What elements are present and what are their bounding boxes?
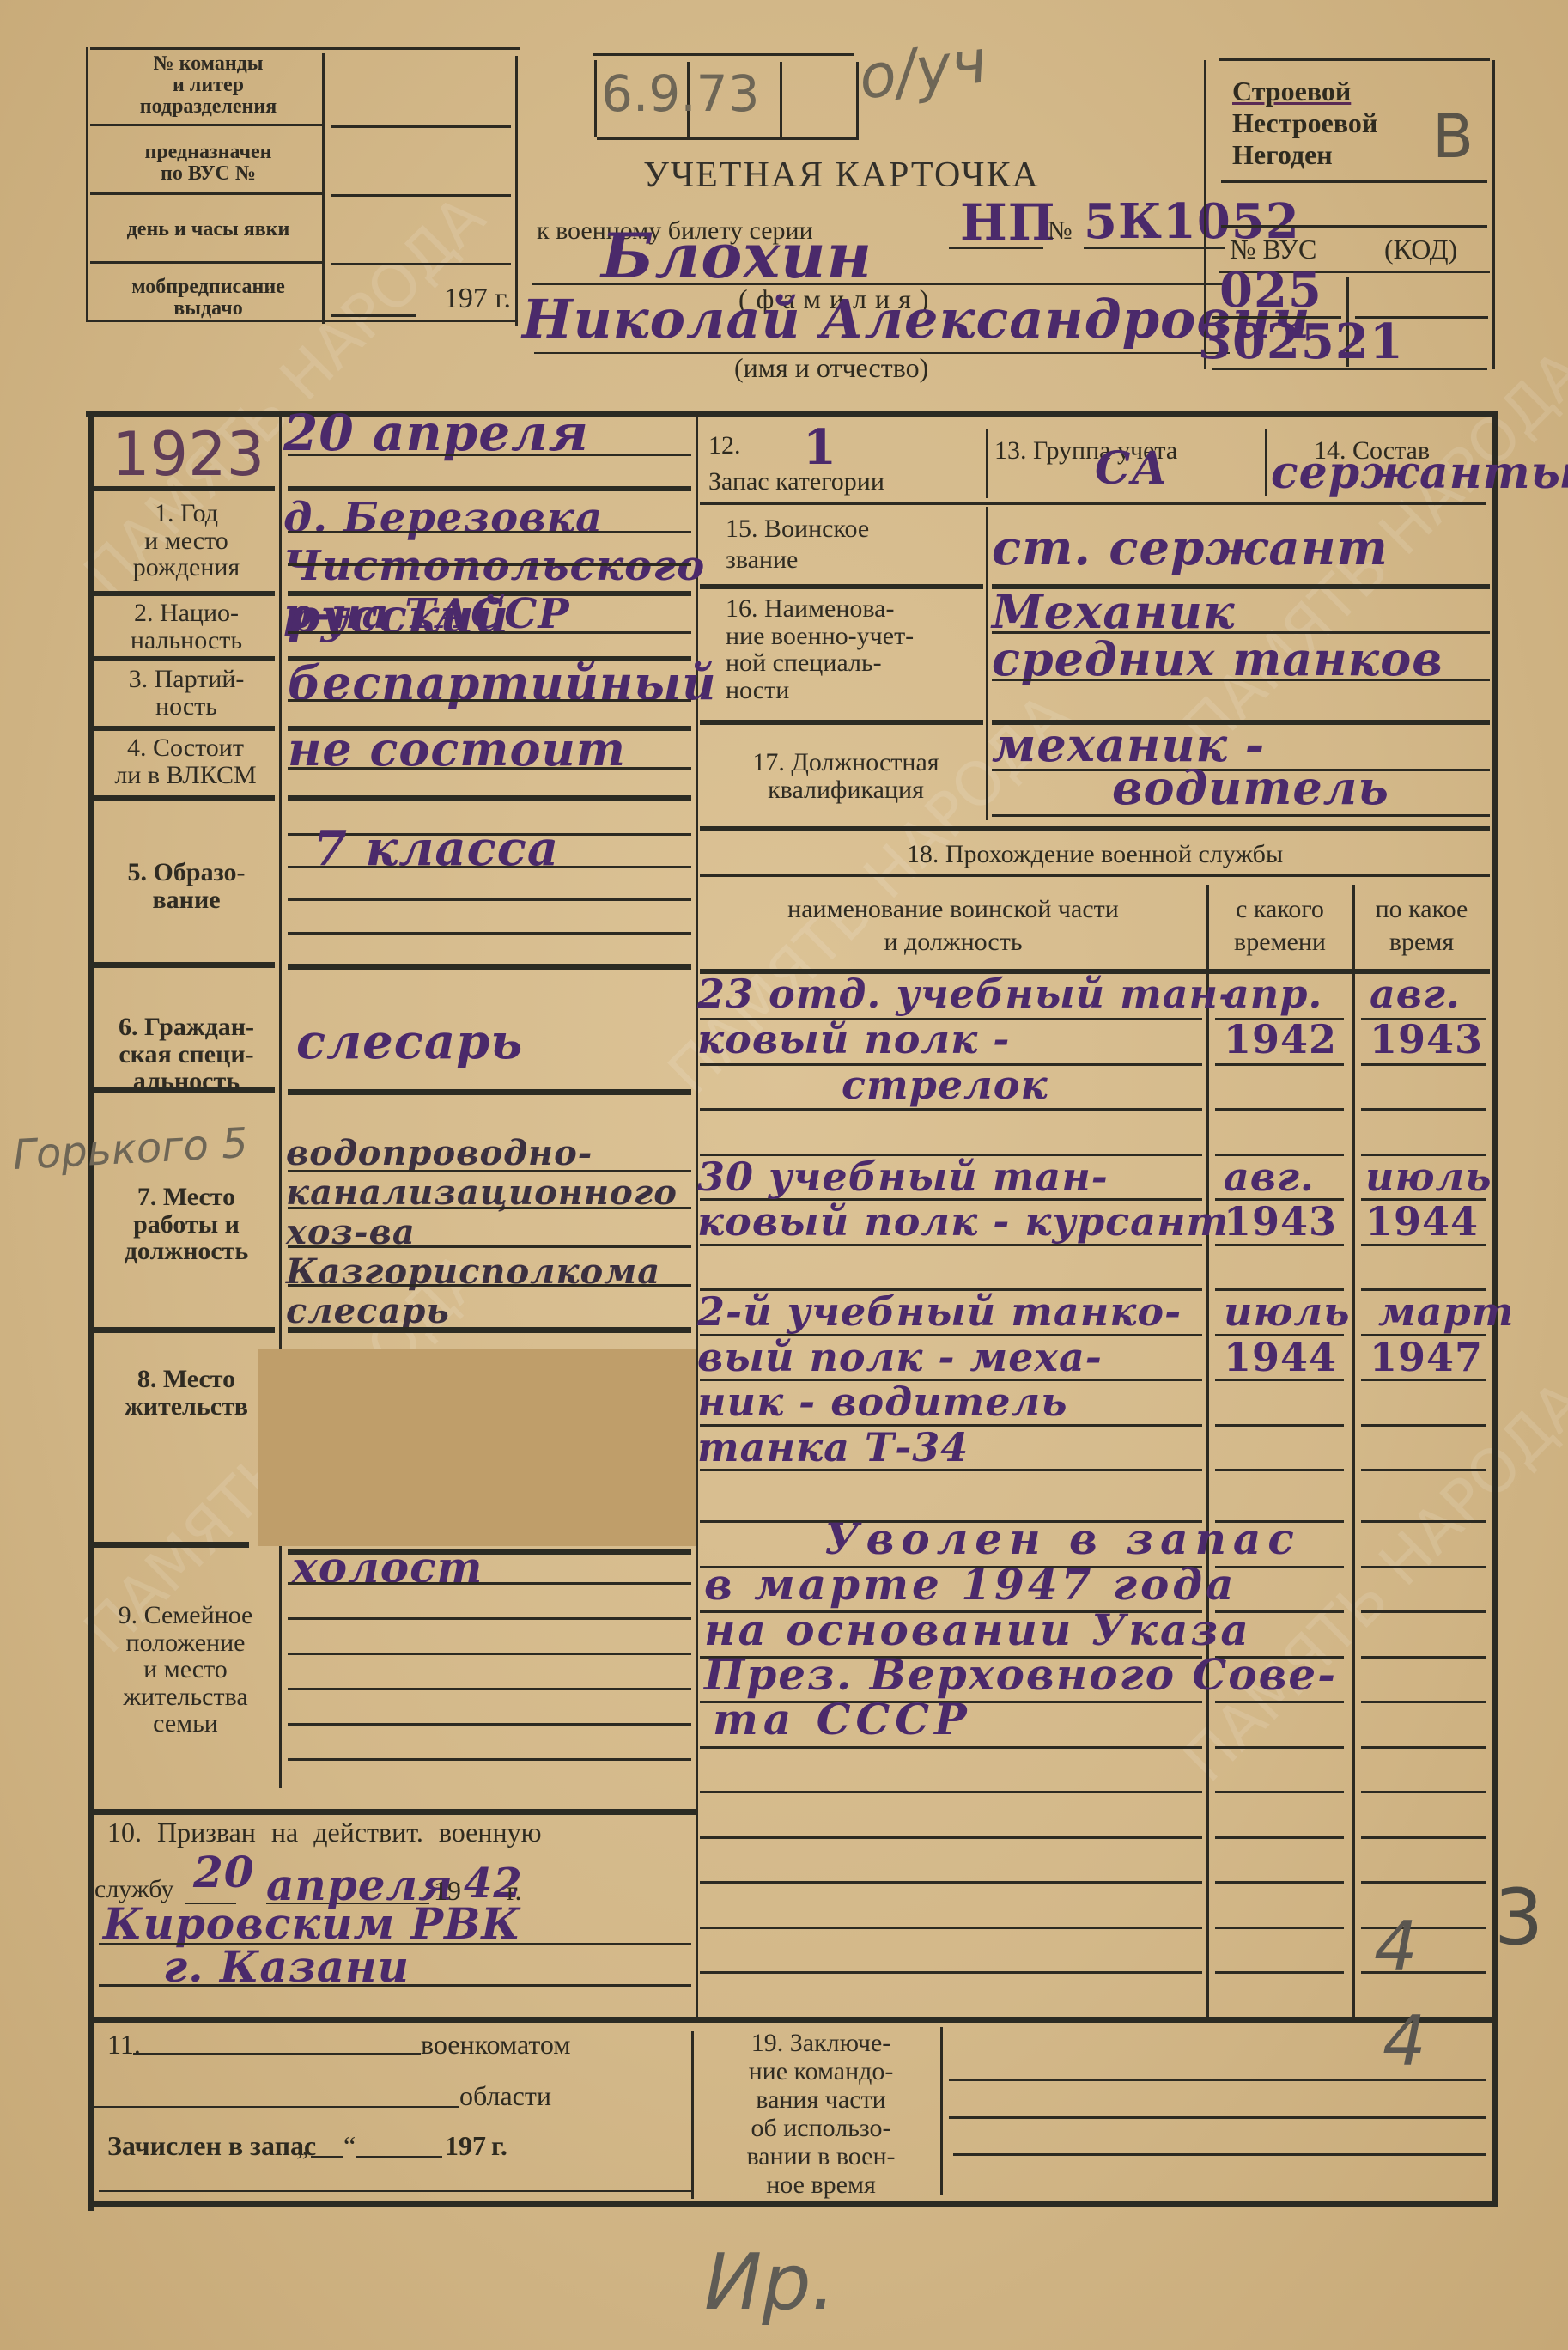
redacted-residence — [258, 1349, 696, 1546]
item11-number: 11. — [107, 2029, 141, 2061]
item3-label: 3. Партий- ность — [96, 666, 277, 720]
mob-order-year: 197 г. — [412, 283, 511, 314]
service-row-3-unit-line4: танка Т-34 — [697, 1424, 969, 1470]
discharge-line-5: та СССР — [713, 1694, 972, 1744]
item13-value: СА — [1095, 442, 1169, 495]
item11-enrolled: Зачислен в запас — [107, 2130, 316, 2162]
service-row-3-from-year: 1944 — [1224, 1334, 1337, 1380]
item6-label: 6. Граждан- ская специ- альность — [96, 1014, 277, 1095]
name-patronymic: Николай Александрович — [522, 288, 1311, 350]
item12-value: 1 — [803, 419, 837, 476]
pencil-note: о/уч — [854, 26, 991, 113]
item1-label: 1. Год и место рождения — [96, 500, 277, 581]
margin-pencil-mark: 3 — [1494, 1872, 1543, 1963]
vus-code-label: (КОД) — [1384, 234, 1457, 265]
service-row-1-unit-line1: 23 отд. учебный тан- — [697, 971, 1236, 1017]
item10-label: 10. Призван на действит. военную — [107, 1817, 541, 1848]
service-row-1-from-year: 1942 — [1224, 1016, 1337, 1062]
service-row-1-to-year: 1943 — [1370, 1016, 1483, 1062]
service-row-1-from-month: апр. — [1224, 971, 1322, 1017]
birth-year: 1923 — [112, 419, 264, 490]
service-row-1-to-month: авг. — [1370, 971, 1461, 1017]
margin-note: Горького 5 — [12, 1119, 249, 1179]
ticket-number-label: № — [1048, 216, 1073, 246]
item18-title: 18. Прохождение военной службы — [700, 840, 1490, 869]
service-row-3-from-month: июль — [1224, 1288, 1351, 1335]
item12-label: Запас категории — [708, 467, 884, 496]
vus-label: № ВУС — [1230, 234, 1316, 265]
service-row-2-from-month: авг. — [1224, 1154, 1315, 1200]
service-row-2-unit-line2: ковый полк - курсант — [697, 1198, 1229, 1245]
item10-day: 20 — [193, 1847, 255, 1897]
vus-code-value: 302521 — [1198, 314, 1404, 370]
item11-year: 197 — [445, 2130, 486, 2162]
service-row-2-unit-line1: 30 учебный тан- — [697, 1154, 1109, 1200]
item15-value: ст. сержант — [992, 520, 1389, 576]
item14-value: сержанты — [1271, 447, 1568, 499]
item7-value: водопроводно-канализационного хоз-ва Каз… — [286, 1134, 690, 1331]
item5-label: 5. Образо- вание — [96, 859, 277, 913]
item18-col-to: по какое время — [1355, 893, 1488, 958]
item11-oblast: области — [459, 2080, 551, 2112]
fitness-option-fit: Строевой — [1232, 76, 1377, 107]
item6-value: слесарь — [296, 1014, 523, 1070]
service-row-1-unit-line3: стрелок — [842, 1062, 1048, 1108]
item11-quote-close: “ — [343, 2130, 356, 2162]
discharge-line-1: Уволен в запас — [824, 1513, 1301, 1564]
item12-number: 12. — [708, 431, 741, 460]
fitness-mark: В — [1432, 101, 1474, 172]
item17-value-line2: водитель — [1112, 760, 1389, 815]
item11-voenkomat: военкоматом — [421, 2029, 571, 2061]
command-number-label: № команды и литер подразделения — [99, 53, 318, 119]
item5-value: 7 класса — [313, 820, 559, 877]
item7-label: 7. Место работы и должность — [96, 1184, 277, 1265]
surname: Блохин — [601, 219, 872, 292]
card-title: УЧЕТНАЯ КАРТОЧКА — [601, 155, 1082, 196]
fitness-option-unfit: Негоден — [1232, 139, 1377, 171]
item2-label: 2. Нацио- нальность — [96, 600, 277, 654]
record-card-paper: ПАМЯТЬ НАРОДА ПАМЯТЬ НАРОДА ПАМЯТЬ НАРОД… — [0, 0, 1568, 2350]
vus-value: 025 — [1219, 262, 1322, 319]
mob-order-label: мобпредписание выдачо — [99, 277, 318, 320]
item11-g: г. — [491, 2130, 507, 2162]
item9-label: 9. Семейное положение и место жительства… — [93, 1602, 278, 1738]
fitness-options: Строевой Нестроевой Негоден — [1232, 76, 1377, 170]
item17-label: 17. Должностная квалификация — [704, 749, 988, 803]
service-row-3-unit-line3: ник - водитель — [697, 1379, 1068, 1425]
discharge-line-4: През. Верховного Сове- — [704, 1649, 1337, 1700]
item11-quote-open: „ — [296, 2130, 308, 2162]
discharge-line-2: в марте 1947 года — [704, 1559, 1237, 1610]
item3-value: беспартийный — [288, 655, 716, 710]
item19-label: 19. Заключе- ние командо- вания части об… — [704, 2029, 938, 2199]
item16-label: 16. Наименова- ние военно-учет- ной спец… — [704, 595, 1009, 703]
service-row-1-unit-line2: ковый полк - — [697, 1016, 1010, 1062]
service-row-3-unit-line2: вый полк - меха- — [697, 1334, 1103, 1380]
item9-value: холост — [292, 1542, 483, 1592]
service-row-2-to-month: июль — [1365, 1154, 1492, 1200]
discharge-line-3: на основании Указа — [704, 1604, 1251, 1655]
item4-label: 4. Состоит ли в ВЛКСМ — [93, 734, 278, 788]
ticket-series: НП — [960, 193, 1056, 252]
item15-label: 15. Воинское звание — [704, 514, 1009, 575]
item18-col-unit: наименование воинской части и должность — [700, 893, 1206, 958]
service-row-3-to-year: 1947 — [1370, 1334, 1483, 1380]
pencil-signature: Ир. — [704, 2237, 836, 2328]
vus-assigned-label: предназначен по ВУС № — [99, 142, 318, 185]
report-time-label: день и часы явки — [99, 219, 318, 240]
item2-value: русский — [288, 588, 509, 643]
item8-label: 8. Место жительств — [96, 1366, 277, 1420]
service-row-3-to-month: март — [1378, 1288, 1514, 1335]
service-row-3-unit-line1: 2-й учебный танко- — [697, 1288, 1182, 1335]
fitness-option-limited: Нестроевой — [1232, 107, 1377, 139]
margin-pencil-mark: 4 — [1383, 2001, 1426, 2081]
service-row-2-from-year: 1943 — [1224, 1198, 1337, 1245]
name-caption: (имя и отчество) — [734, 352, 928, 384]
item18-col-from: с какого времени — [1209, 893, 1351, 958]
margin-pencil-mark: 4 — [1374, 1907, 1418, 1987]
service-row-2-to-year: 1944 — [1365, 1198, 1479, 1245]
stamp-box-1: 6.9.73 — [601, 64, 759, 123]
